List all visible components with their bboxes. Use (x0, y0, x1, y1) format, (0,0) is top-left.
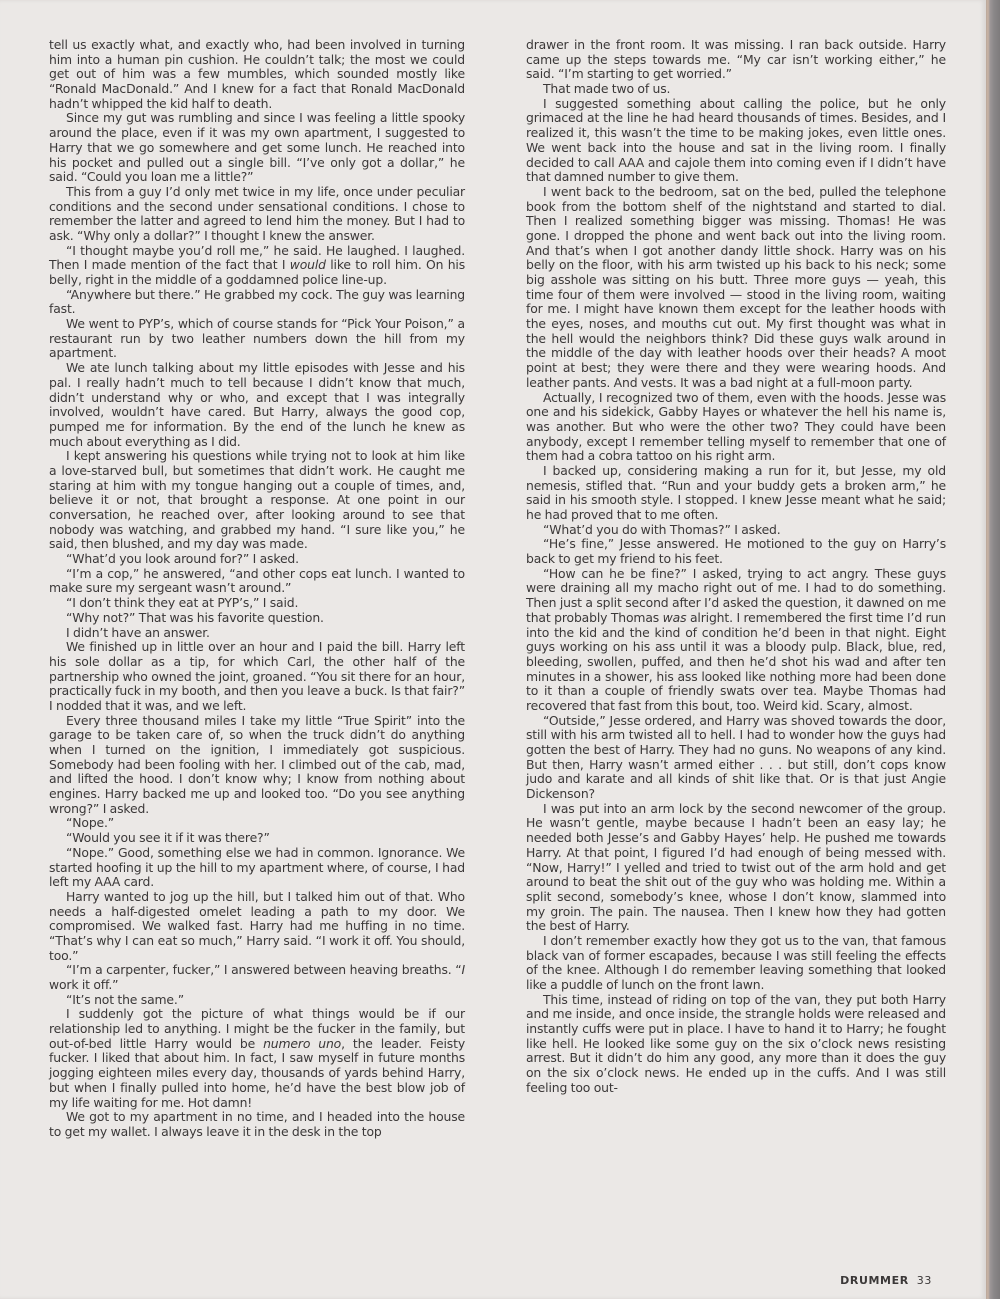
text-run: “What’d you do with Thomas?” I asked. (543, 522, 781, 537)
paragraph: “I thought maybe you’d roll me,” he said… (49, 244, 465, 288)
paragraph: “What’d you do with Thomas?” I asked. (526, 523, 946, 538)
text-run: “Would you see it if it was there?” (66, 830, 270, 845)
text-run: That made two of us. (543, 81, 670, 96)
paragraph: drawer in the front room. It was missing… (526, 38, 946, 82)
text-run: tell us exactly what, and exactly who, h… (49, 37, 465, 111)
paragraph: This from a guy I’d only met twice in my… (49, 185, 465, 244)
text-run: drawer in the front room. It was missing… (526, 37, 946, 81)
paragraph: “I don’t think they eat at PYP’s,” I sai… (49, 596, 465, 611)
paragraph: “Would you see it if it was there?” (49, 831, 465, 846)
text-run: “He’s fine,” Jesse answered. He motioned… (526, 536, 946, 566)
text-run: I was put into an arm lock by the second… (526, 801, 946, 934)
paragraph: This time, instead of riding on top of t… (526, 993, 946, 1096)
text-run: I went back to the bedroom, sat on the b… (526, 184, 946, 390)
paragraph: “Why not?” That was his favorite questio… (49, 611, 465, 626)
italic-text: would (290, 257, 326, 272)
magazine-page: tell us exactly what, and exactly who, h… (0, 0, 986, 1299)
paragraph: I was put into an arm lock by the second… (526, 802, 946, 934)
text-run: I suggested something about calling the … (526, 96, 946, 184)
paragraph: I backed up, considering making a run fo… (526, 464, 946, 523)
paragraph: “He’s fine,” Jesse answered. He motioned… (526, 537, 946, 566)
text-run: work it off.” (49, 977, 118, 992)
paragraph: I suggested something about calling the … (526, 97, 946, 185)
text-run: “I’m a cop,” he answered, “and other cop… (49, 566, 465, 596)
text-run: Since my gut was rumbling and since I wa… (49, 110, 465, 184)
paragraph: I don’t remember exactly how they got us… (526, 934, 946, 993)
text-run: This time, instead of riding on top of t… (526, 992, 946, 1095)
text-run: I backed up, considering making a run fo… (526, 463, 946, 522)
text-run: We went to PYP’s, which of course stands… (49, 316, 465, 360)
text-run: I kept answering his questions while try… (49, 448, 465, 551)
italic-text: was (663, 610, 687, 625)
paragraph: I didn’t have an answer. (49, 626, 465, 641)
text-run: “Nope.” Good, something else we had in c… (49, 845, 465, 889)
paragraph: “Nope.” (49, 816, 465, 831)
text-run: “What’d you look around for?” I asked. (66, 551, 299, 566)
text-run: Actually, I recognized two of them, even… (526, 390, 946, 464)
paragraph: I suddenly got the picture of what thing… (49, 1007, 465, 1110)
text-run: We got to my apartment in no time, and I… (49, 1109, 465, 1139)
text-column-right: drawer in the front room. It was missing… (526, 38, 946, 1096)
paragraph: That made two of us. (526, 82, 946, 97)
italic-text: numero uno (263, 1036, 341, 1051)
text-run: “I don’t think they eat at PYP’s,” I sai… (66, 595, 298, 610)
paragraph: tell us exactly what, and exactly who, h… (49, 38, 465, 111)
page-number: 33 (917, 1274, 932, 1287)
paragraph: “I’m a cop,” he answered, “and other cop… (49, 567, 465, 596)
text-run: “Outside,” Jesse ordered, and Harry was … (526, 713, 946, 801)
paragraph: “I’m a carpenter, fucker,” I answered be… (49, 963, 465, 992)
paragraph: “What’d you look around for?” I asked. (49, 552, 465, 567)
italic-text: I (461, 962, 465, 977)
paragraph: We got to my apartment in no time, and I… (49, 1110, 465, 1139)
paragraph: Since my gut was rumbling and since I wa… (49, 111, 465, 184)
page-footer: DRUMMER33 (840, 1274, 932, 1287)
text-run: We finished up in little over an hour an… (49, 639, 465, 713)
page-edge-shadow (986, 0, 1000, 1299)
text-run: I didn’t have an answer. (66, 625, 210, 640)
text-run: alright. I remembered the first time I’d… (526, 610, 946, 713)
paragraph: I kept answering his questions while try… (49, 449, 465, 552)
paragraph: Every three thousand miles I take my lit… (49, 714, 465, 817)
text-column-left: tell us exactly what, and exactly who, h… (49, 38, 465, 1140)
text-run: “Anywhere but there.” He grabbed my cock… (49, 287, 465, 317)
paragraph: Actually, I recognized two of them, even… (526, 391, 946, 464)
text-run: This from a guy I’d only met twice in my… (49, 184, 465, 243)
paragraph: We finished up in little over an hour an… (49, 640, 465, 713)
paragraph: I went back to the bedroom, sat on the b… (526, 185, 946, 391)
text-run: “Why not?” That was his favorite questio… (66, 610, 324, 625)
paragraph: We ate lunch talking about my little epi… (49, 361, 465, 449)
paragraph: “Outside,” Jesse ordered, and Harry was … (526, 714, 946, 802)
paragraph: We went to PYP’s, which of course stands… (49, 317, 465, 361)
text-run: “Nope.” (66, 815, 114, 830)
text-run: Harry wanted to jog up the hill, but I t… (49, 889, 465, 963)
text-run: “It’s not the same.” (66, 992, 184, 1007)
paragraph: “Anywhere but there.” He grabbed my cock… (49, 288, 465, 317)
text-run: “I’m a carpenter, fucker,” I answered be… (66, 962, 461, 977)
text-run: We ate lunch talking about my little epi… (49, 360, 465, 448)
magazine-name: DRUMMER (840, 1274, 909, 1287)
paragraph: “Nope.” Good, something else we had in c… (49, 846, 465, 890)
paragraph: “How can he be fine?” I asked, trying to… (526, 567, 946, 714)
paragraph: “It’s not the same.” (49, 993, 465, 1008)
text-run: I don’t remember exactly how they got us… (526, 933, 946, 992)
text-run: Every three thousand miles I take my lit… (49, 713, 465, 816)
paragraph: Harry wanted to jog up the hill, but I t… (49, 890, 465, 963)
